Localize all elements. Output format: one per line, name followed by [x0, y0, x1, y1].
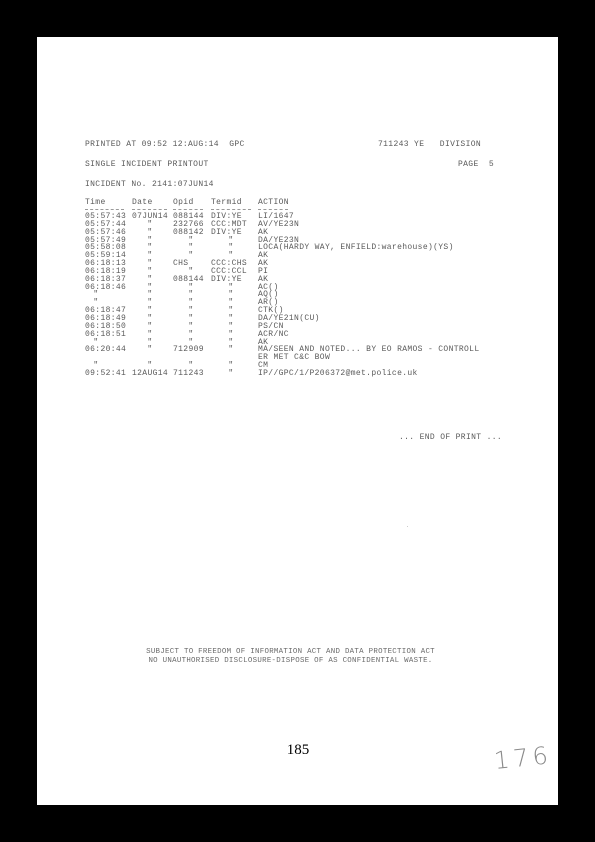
- divider-time: [85, 209, 124, 210]
- cell-time: 06:18:51: [85, 331, 126, 339]
- table-body: 05:57:4307JUN14088144DIV:YELI/164705:57:…: [85, 213, 505, 378]
- cell-date: ": [139, 346, 161, 354]
- column-header-date: Date: [132, 199, 153, 207]
- column-header-time: Time: [85, 199, 106, 207]
- divider-termid: [211, 209, 251, 210]
- printout-title: SINGLE INCIDENT PRINTOUT: [85, 161, 209, 169]
- cell-time: 06:18:46: [85, 284, 126, 292]
- footer-notice-line-1: SUBJECT TO FREEDOM OF INFORMATION ACT AN…: [30, 648, 551, 656]
- cell-time: 09:52:41: [85, 370, 126, 378]
- column-header-termid: Termid: [211, 199, 242, 207]
- cell-action: ER MET C&C BOW: [258, 354, 330, 362]
- incident-number: INCIDENT No. 2141:07JUN14: [85, 181, 214, 189]
- table-row: 09:52:4112AUG14711243"IP//GPC/1/P206372@…: [85, 370, 505, 378]
- column-header-action: ACTION: [258, 199, 289, 207]
- end-of-print: ... END OF PRINT ...: [399, 434, 502, 442]
- cell-termid: ": [213, 370, 249, 378]
- table-header-row: Time Date Opid Termid ACTION: [85, 199, 505, 207]
- footer-notice-line-2: NO UNAUTHORISED DISCLOSURE-DISPOSE OF AS…: [30, 657, 551, 665]
- incident-log-table: Time Date Opid Termid ACTION 05:57:4307J…: [85, 199, 505, 378]
- cell-opid: 712909: [173, 346, 204, 354]
- cell-action: IP//GPC/1/P206372@met.police.uk: [258, 370, 418, 378]
- divider-date: [132, 209, 167, 210]
- cell-opid: CHS: [173, 260, 188, 268]
- page-number: 185: [0, 742, 595, 759]
- divider-opid: [173, 209, 203, 210]
- cell-termid: DIV:YE: [211, 276, 242, 284]
- printed-timestamp: PRINTED AT 09:52 12:AUG:14 GPC: [85, 141, 245, 149]
- account-division: 711243 YE DIVISION: [378, 141, 481, 149]
- column-header-opid: Opid: [173, 199, 194, 207]
- cell-time: 06:20:44: [85, 346, 126, 354]
- cell-opid: 711243: [173, 370, 204, 378]
- divider-action: [258, 209, 288, 210]
- document-page: PRINTED AT 09:52 12:AUG:14 GPC 711243 YE…: [37, 37, 558, 805]
- cell-termid: DIV:YE: [211, 229, 242, 237]
- printout-page-label: PAGE 5: [458, 161, 494, 169]
- cell-action: LOCA(HARDY WAY, ENFIELD:warehouse)(YS): [258, 244, 454, 252]
- scan-speck: [407, 526, 408, 527]
- cell-date: 12AUG14: [132, 370, 168, 378]
- cell-termid: ": [213, 346, 249, 354]
